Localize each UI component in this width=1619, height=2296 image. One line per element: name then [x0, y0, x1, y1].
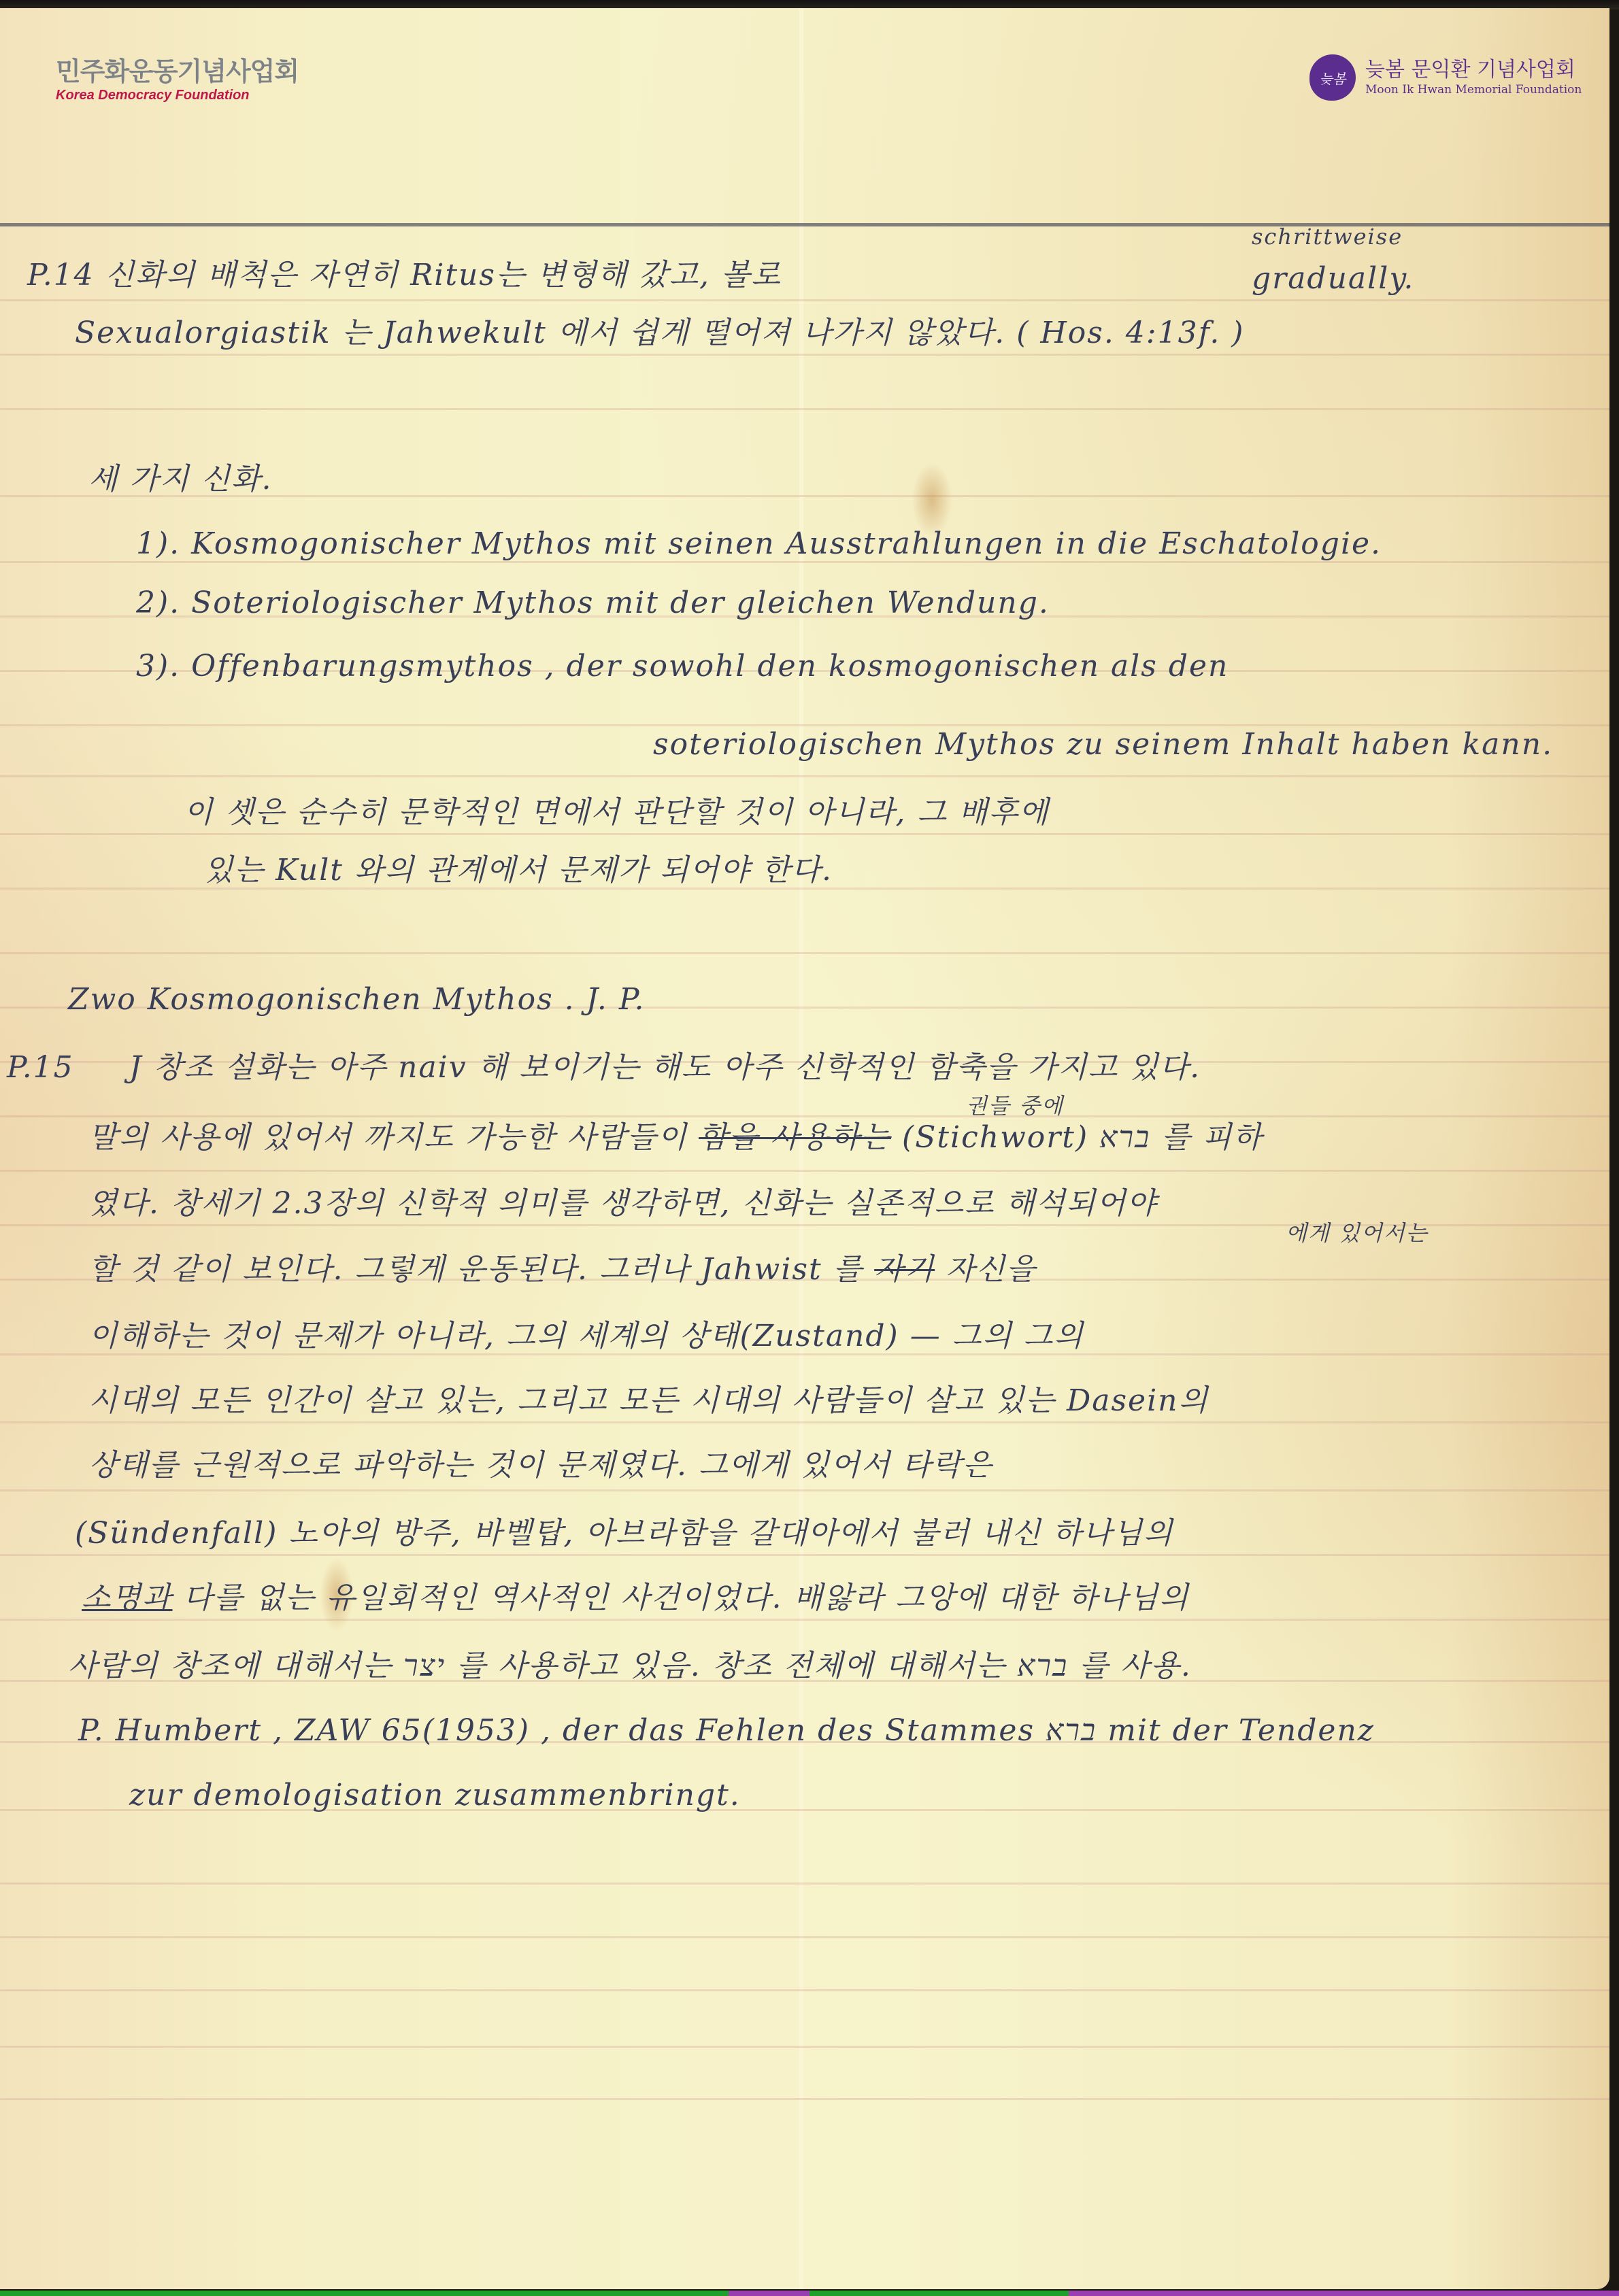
line-part: 할 것 같이 보인다. 그렇게 운동된다. 그러나 Jahwist 를 [88, 1252, 863, 1287]
manuscript-line-p15-6: 시대의 모든 인간이 살고 있는, 그리고 모든 시대의 사람들이 살고 있는 … [88, 1384, 1209, 1418]
ruled-line [0, 1554, 1609, 1556]
mih-korean-name: 늦봄 문익환 기념사업회 [1365, 58, 1582, 82]
manuscript-line-p15-3: 였다. 창세기 2.3장의 신학적 의미를 생각하면, 신화는 실존적으로 해석… [88, 1187, 1157, 1221]
kdf-korean-name: 민주화운동기념사업회 [56, 58, 299, 85]
ruled-line [0, 2098, 1609, 2100]
myth-item-3-continued: soteriologischen Mythos zu seinem Inhalt… [653, 728, 1553, 762]
section-heading-three-myths: 세 가지 신화. [88, 462, 272, 496]
scan-bottom-edge [0, 2291, 1619, 2296]
manuscript-line-korean-1: 이 셋은 순수히 문학적인 면에서 판단할 것이 아니라, 그 배후에 [184, 796, 1049, 830]
page-marker-p15: P.15 [7, 1051, 74, 1085]
manuscript-line-p15-5: 이해하는 것이 문제가 아니라, 그의 세계의 상태(Zustand) — 그의… [88, 1319, 1084, 1353]
ruled-line [0, 1353, 1609, 1355]
ruled-line [0, 1936, 1609, 1938]
ruled-line [0, 1421, 1609, 1423]
ruled-line [0, 299, 1609, 301]
line-part: 다를 없는 유일회적인 역사적인 사건이었다. 배앓라 그앙에 대한 하나님의 [184, 1581, 1190, 1615]
manuscript-line-p15-8: (Sündenfall) 노아의 방주, 바벨탑, 아브라함을 갈대아에서 불러… [75, 1517, 1173, 1551]
mih-english-name: Moon Ik Hwan Memorial Foundation [1365, 83, 1582, 97]
ruled-line [0, 354, 1609, 356]
manuscript-line-p15-4: 할 것 같이 보인다. 그렇게 운동된다. 그러나 Jahwist 를 자기 자… [88, 1253, 1037, 1287]
ruled-line [0, 1989, 1609, 1991]
ruled-line [0, 1170, 1609, 1172]
underlined-text: 소명과 [82, 1581, 173, 1615]
moon-ik-hwan-foundation-logo: 늦봄 늦봄 문익환 기념사업회 Moon Ik Hwan Memorial Fo… [1309, 54, 1582, 101]
myth-item-2: 2). Soteriologischer Mythos mit der glei… [136, 586, 1050, 620]
manuscript-line-p15-9: 소명과 다를 없는 유일회적인 역사적인 사건이었다. 배앓라 그앙에 대한 하… [82, 1581, 1190, 1615]
kdf-english-name: Korea Democracy Foundation [56, 88, 299, 103]
manuscript-line-p15-10: 사람의 창조에 대해서는 יצר 를 사용하고 있음. 창조 전체에 대해서는 … [68, 1649, 1192, 1683]
ruled-line [0, 1115, 1609, 1117]
myth-item-3: 3). Offenbarungsmythos , der sowohl den … [136, 649, 1229, 683]
ruled-line [0, 888, 1609, 890]
manuscript-line-1: P.14 신화의 배척은 자연히 Ritus는 변형해 갔고, 볼로 [27, 258, 782, 292]
manuscript-line-korean-2: 있는 Kult 와의 관계에서 문제가 되어야 한다. [204, 854, 833, 888]
annotation-insert-2: 에게 있어서는 [1286, 1221, 1429, 1245]
manuscript-line-p15-7: 상태를 근원적으로 파악하는 것이 문제였다. 그에게 있어서 타락은 [88, 1449, 993, 1483]
myth-item-1: 1). Kosmogonischer Mythos mit seinen Aus… [136, 527, 1382, 561]
manuscript-line-humbert: P. Humbert , ZAW 65(1953) , der das Fehl… [78, 1714, 1375, 1748]
ruled-line [0, 1489, 1609, 1491]
korea-democracy-foundation-logo: 민주화운동기념사업회 Korea Democracy Foundation [56, 58, 299, 103]
struck-text: 함을 사용하는 [699, 1120, 891, 1155]
manuscript-line-2: Sexualorgiastik 는 Jahwekult 에서 쉽게 떨어져 나가… [75, 316, 1244, 350]
ruled-line [0, 833, 1609, 835]
ruled-line [0, 952, 1609, 954]
ruled-line [0, 724, 1609, 726]
line-part: (Stichwort) ברא 를 피하 [902, 1120, 1263, 1155]
annotation-schrittweise: schrittweise [1252, 224, 1403, 249]
section-heading-kosmogonischen: Zwo Kosmogonischen Mythos . J. P. [68, 983, 646, 1017]
ruled-line [0, 561, 1609, 563]
line-part: 자신을 [946, 1252, 1037, 1287]
ruled-line [0, 408, 1609, 410]
ruled-line [0, 1883, 1609, 1885]
manuscript-line-humbert-2: zur demologisation zusammenbringt. [129, 1778, 741, 1812]
ruled-line [0, 1619, 1609, 1621]
line-part: 말의 사용에 있어서 까지도 가능한 사람들이 [88, 1120, 688, 1155]
annotation-insert: 권들 중에 [966, 1094, 1064, 1118]
ruled-line [0, 2046, 1609, 2048]
annotation-gradually: gradually. [1252, 262, 1414, 296]
manuscript-line-p15-1: J 창조 설화는 아주 naiv 해 보이기는 해도 아주 신학적인 함축을 가… [129, 1051, 1201, 1085]
neutbom-emblem-icon: 늦봄 [1309, 54, 1356, 101]
manuscript-line-p15-2: 말의 사용에 있어서 까지도 가능한 사람들이 함을 사용하는 (Stichwo… [88, 1121, 1263, 1155]
ruled-line [0, 775, 1609, 777]
struck-text: 자기 [874, 1252, 935, 1287]
